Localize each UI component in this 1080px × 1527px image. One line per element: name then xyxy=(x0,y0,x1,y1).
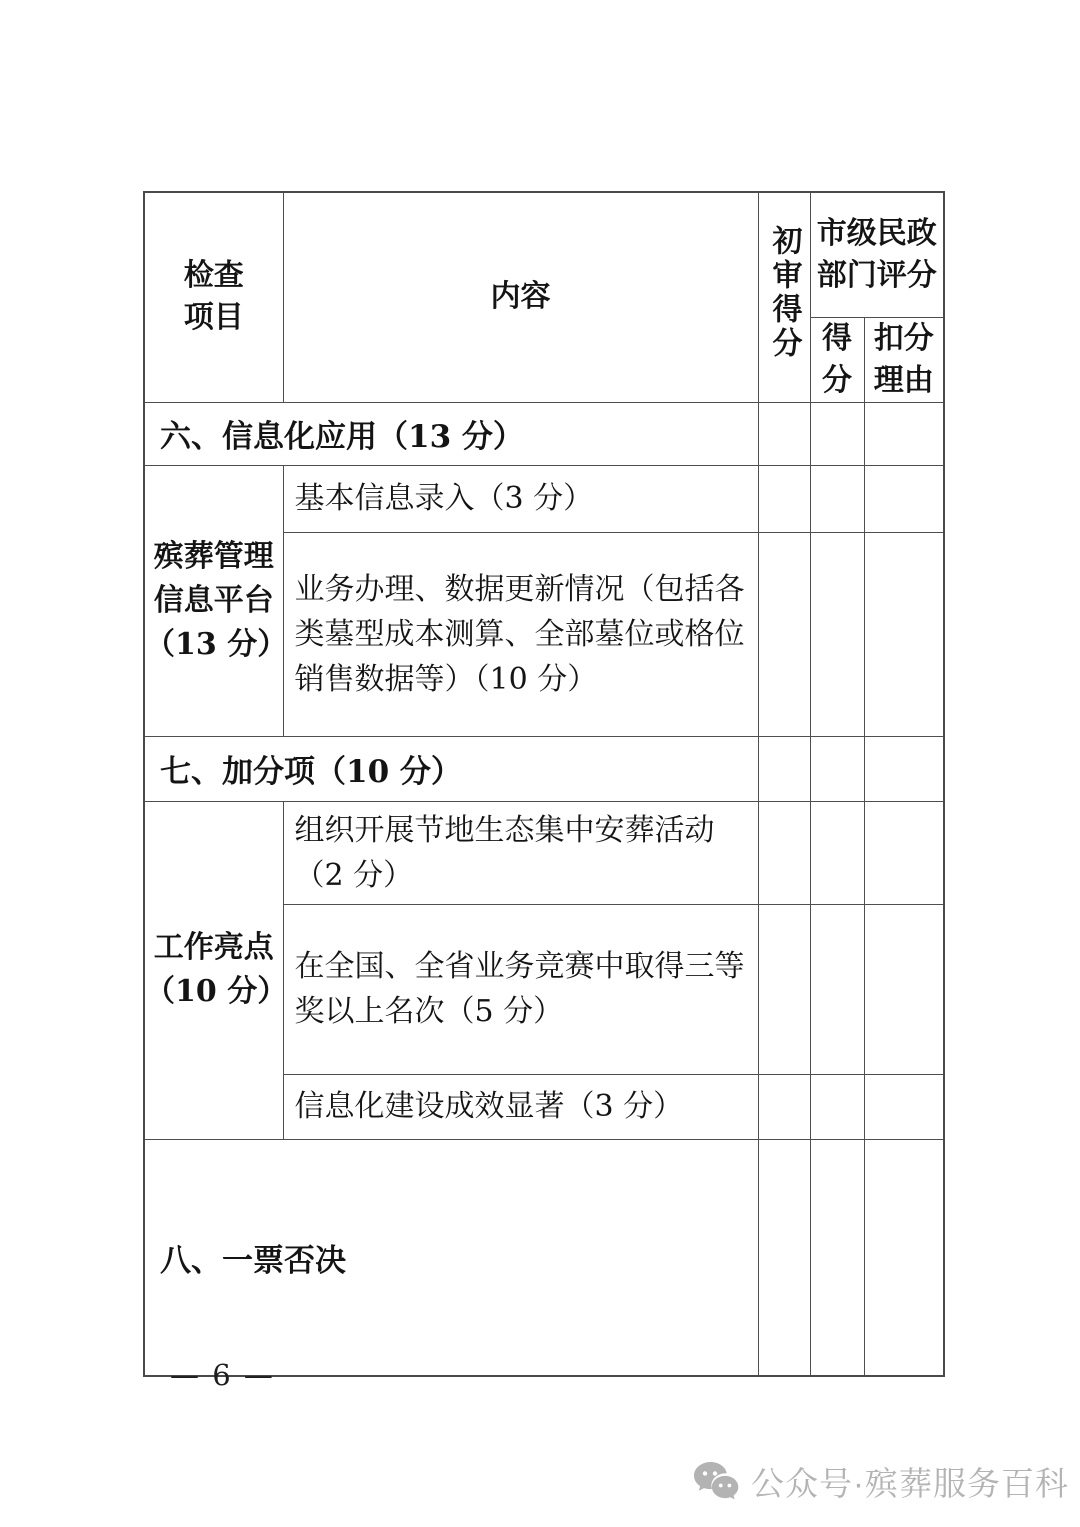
header-deduction-reason: 扣分 理由 xyxy=(864,317,944,402)
score-cell xyxy=(810,532,864,736)
initial-score-cell xyxy=(758,1139,810,1376)
header-municipal-dept-score: 市级民政 部门评分 xyxy=(810,192,944,317)
score-cell xyxy=(810,801,864,904)
deduction-reason-cell xyxy=(864,801,944,904)
content-eco-burial-activity: 组织开展节地生态集中安葬活动（2 分） xyxy=(283,801,758,904)
score-cell xyxy=(810,904,864,1074)
check-item-work-highlights: 工作亮点 （10 分） xyxy=(144,801,283,1139)
wechat-icon xyxy=(693,1461,739,1503)
section-7-title: 七、加分项（10 分） xyxy=(144,736,758,801)
content-business-data-update: 业务办理、数据更新情况（包括各类墓型成本测算、全部墓位或格位销售数据等）（10 … xyxy=(283,532,758,736)
initial-score-cell xyxy=(758,736,810,801)
initial-score-cell xyxy=(758,801,810,904)
initial-score-cell xyxy=(758,465,810,532)
header-content: 内容 xyxy=(283,192,758,402)
content-informatization-achievement: 信息化建设成效显著（3 分） xyxy=(283,1074,758,1139)
inspection-score-table: 检查 项目 内容 初审得分 市级民政 部门评分 得 分 扣分 理由 六、信息化应… xyxy=(143,191,945,1377)
initial-score-cell xyxy=(758,532,810,736)
score-cell xyxy=(810,465,864,532)
section-6-title: 六、信息化应用（13 分） xyxy=(144,402,758,465)
deduction-reason-cell xyxy=(864,1074,944,1139)
initial-score-cell xyxy=(758,904,810,1074)
score-cell xyxy=(810,1074,864,1139)
score-cell xyxy=(810,1139,864,1376)
header-score: 得 分 xyxy=(810,317,864,402)
check-item-funeral-info-platform: 殡葬管理 信息平台 （13 分） xyxy=(144,465,283,736)
header-check-item: 检查 项目 xyxy=(144,192,283,402)
content-competition-award: 在全国、全省业务竞赛中取得三等奖以上名次（5 分） xyxy=(283,904,758,1074)
section-row-6: 六、信息化应用（13 分） xyxy=(144,402,944,465)
deduction-reason-cell xyxy=(864,402,944,465)
table-row: 工作亮点 （10 分） 组织开展节地生态集中安葬活动（2 分） xyxy=(144,801,944,904)
deduction-reason-cell xyxy=(864,1139,944,1376)
section-row-8: 八、一票否决 xyxy=(144,1139,944,1376)
score-cell xyxy=(810,736,864,801)
deduction-reason-cell xyxy=(864,465,944,532)
initial-score-cell xyxy=(758,402,810,465)
content-basic-info-entry: 基本信息录入（3 分） xyxy=(283,465,758,532)
page-number: — 6 — xyxy=(170,1358,275,1392)
section-8-title: 八、一票否决 xyxy=(144,1139,758,1376)
document-page: 检查 项目 内容 初审得分 市级民政 部门评分 得 分 扣分 理由 六、信息化应… xyxy=(0,0,1080,1527)
header-initial-review-score-label: 初审得分 xyxy=(768,225,801,361)
table-row: 殡葬管理 信息平台 （13 分） 基本信息录入（3 分） xyxy=(144,465,944,532)
header-initial-review-score: 初审得分 xyxy=(758,192,810,402)
initial-score-cell xyxy=(758,1074,810,1139)
deduction-reason-cell xyxy=(864,904,944,1074)
header-row-top: 检查 项目 内容 初审得分 市级民政 部门评分 xyxy=(144,192,944,317)
deduction-reason-cell xyxy=(864,736,944,801)
deduction-reason-cell xyxy=(864,532,944,736)
watermark-text: 公众号·殡葬服务百科 xyxy=(751,1458,1069,1505)
watermark: 公众号·殡葬服务百科 xyxy=(693,1458,1069,1505)
section-row-7: 七、加分项（10 分） xyxy=(144,736,944,801)
score-cell xyxy=(810,402,864,465)
